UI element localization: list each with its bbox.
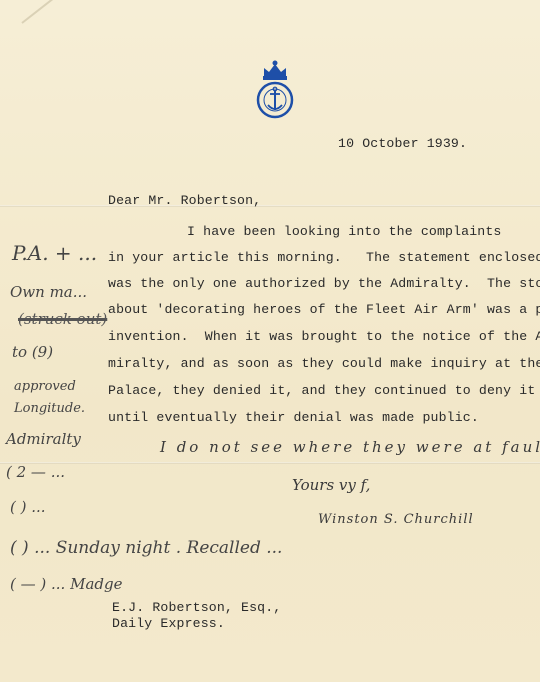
margin-note: Longitude. <box>14 402 85 415</box>
margin-note-struck: (struck out) <box>18 312 107 327</box>
body-line: about 'decorating heroes of the Fleet Ai… <box>108 303 540 316</box>
margin-note: ( — ) ... Madge <box>10 577 122 592</box>
body-line: was the only one authorized by the Admir… <box>108 277 540 290</box>
admiralty-crest-icon <box>252 58 298 122</box>
margin-note: ( 2 — ... <box>6 465 65 480</box>
pin-mark <box>21 0 77 24</box>
signature: Winston S. Churchill <box>318 513 474 526</box>
addressee-newspaper: Daily Express. <box>112 617 225 630</box>
margin-note: Own ma... <box>10 285 87 300</box>
margin-note: approved <box>14 380 76 393</box>
margin-note: Admiralty <box>6 432 81 447</box>
addressee-name: E.J. Robertson, Esq., <box>112 601 281 614</box>
fold-crease <box>0 462 540 464</box>
margin-note: ( ) ... <box>10 500 46 515</box>
body-line: miralty, and as soon as they could make … <box>108 357 540 370</box>
margin-note: P.A. + ... <box>12 243 97 263</box>
handwritten-closing: Yours vy f, <box>292 478 370 493</box>
margin-note: to (9) <box>12 345 53 360</box>
body-line: I have been looking into the complaints <box>187 225 502 238</box>
body-line: until eventually their denial was made p… <box>108 411 479 424</box>
margin-note: ( ) ... Sunday night . Recalled ... <box>10 540 288 557</box>
fold-crease <box>0 205 540 207</box>
letter-date: 10 October 1939. <box>338 137 467 150</box>
handwritten-postscript: I do not see where they were at fault. <box>160 440 540 455</box>
body-line: Palace, they denied it, and they continu… <box>108 384 535 397</box>
body-line: invention. When it was brought to the no… <box>108 330 540 343</box>
body-line: in your article this morning. The statem… <box>108 251 540 264</box>
salutation: Dear Mr. Robertson, <box>108 194 261 207</box>
letter-page: 10 October 1939. Dear Mr. Robertson, I h… <box>0 0 540 682</box>
